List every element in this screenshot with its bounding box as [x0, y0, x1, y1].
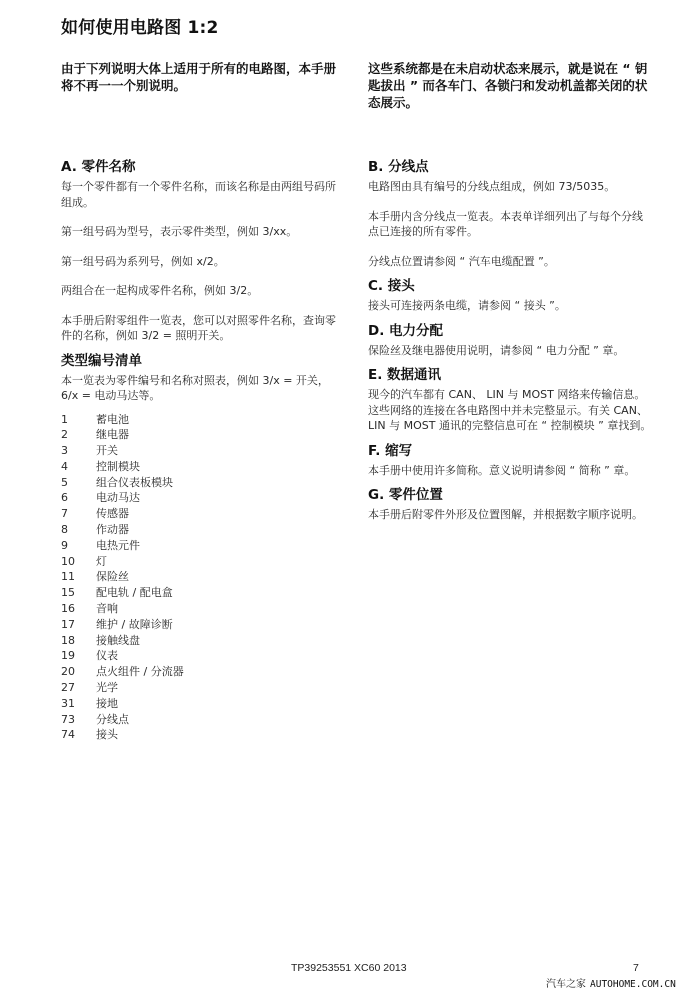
item-label: 蓄电池 [96, 412, 346, 428]
list-item: 11保险丝 [61, 569, 346, 585]
section-e-heading: E. 数据通讯 [368, 366, 653, 384]
item-label: 接触线盘 [96, 633, 346, 649]
list-item: 74接头 [61, 727, 346, 743]
paragraph: 电路图由具有编号的分线点组成，例如 73/5035。 [368, 179, 653, 195]
list-item: 16音响 [61, 601, 346, 617]
item-number: 9 [61, 538, 96, 554]
item-number: 11 [61, 569, 96, 585]
section-d: D. 电力分配 保险丝及继电器使用说明，请参阅 “ 电力分配 ” 章。 [368, 322, 653, 359]
paragraph: 第一组号码为系列号，例如 x/2。 [61, 254, 346, 270]
paragraph: 本手册后附零件外形及位置图解，并根据数字顺序说明。 [368, 507, 653, 523]
list-item: 7传感器 [61, 506, 346, 522]
item-number: 4 [61, 459, 96, 475]
list-item: 17维护 / 故障诊断 [61, 617, 346, 633]
list-item: 2继电器 [61, 427, 346, 443]
type-list-section: 类型编号清单 本一览表为零件编号和名称对照表，例如 3/x = 开关，6/x =… [61, 352, 346, 744]
list-item: 4控制模块 [61, 459, 346, 475]
right-column: B. 分线点 电路图由具有编号的分线点组成，例如 73/5035。 本手册内含分… [368, 158, 653, 531]
list-item: 27光学 [61, 680, 346, 696]
item-label: 开关 [96, 443, 346, 459]
watermark-en: AUTOHOME.COM.CN [590, 979, 676, 990]
item-number: 31 [61, 696, 96, 712]
item-label: 点火组件 / 分流器 [96, 664, 346, 680]
page-number: 7 [633, 962, 639, 974]
item-number: 1 [61, 412, 96, 428]
list-item: 31接地 [61, 696, 346, 712]
watermark-cn: 汽车之家 [546, 979, 586, 990]
item-label: 接地 [96, 696, 346, 712]
item-number: 5 [61, 475, 96, 491]
item-number: 19 [61, 648, 96, 664]
item-number: 16 [61, 601, 96, 617]
paragraph: 每一个零件都有一个零件名称，而该名称是由两组号码所组成。 [61, 179, 346, 210]
list-item: 3开关 [61, 443, 346, 459]
paragraph: 第一组号码为型号，表示零件类型，例如 3/xx。 [61, 224, 346, 240]
footer-doc-id: TP39253551 XC60 2013 [291, 962, 407, 974]
list-item: 10灯 [61, 554, 346, 570]
item-label: 电热元件 [96, 538, 346, 554]
section-b: B. 分线点 电路图由具有编号的分线点组成，例如 73/5035。 本手册内含分… [368, 158, 653, 269]
item-number: 8 [61, 522, 96, 538]
list-item: 18接触线盘 [61, 633, 346, 649]
intro-left: 由于下列说明大体上适用于所有的电路图，本手册将不再一一个别说明。 [61, 60, 346, 94]
item-label: 电动马达 [96, 490, 346, 506]
section-g-heading: G. 零件位置 [368, 486, 653, 504]
item-number: 15 [61, 585, 96, 601]
left-column: A. 零件名称 每一个零件都有一个零件名称，而该名称是由两组号码所组成。 第一组… [61, 158, 346, 743]
paragraph: 现今的汽车都有 CAN、 LIN 与 MOST 网络来传输信息。这些网络的连接在… [368, 387, 653, 434]
item-label: 组合仪表板模块 [96, 475, 346, 491]
paragraph: 本手册内含分线点一览表。本表单详细列出了与每个分线点已连接的所有零件。 [368, 209, 653, 240]
list-item: 20点火组件 / 分流器 [61, 664, 346, 680]
section-c: C. 接头 接头可连接两条电缆，请参阅 “ 接头 ”。 [368, 277, 653, 314]
item-number: 3 [61, 443, 96, 459]
section-a: A. 零件名称 每一个零件都有一个零件名称，而该名称是由两组号码所组成。 第一组… [61, 158, 346, 344]
item-number: 27 [61, 680, 96, 696]
watermark: 汽车之家AUTOHOME.COM.CN [546, 975, 676, 990]
item-label: 作动器 [96, 522, 346, 538]
list-item: 9电热元件 [61, 538, 346, 554]
page-title: 如何使用电路图 1:2 [61, 13, 219, 38]
item-number: 20 [61, 664, 96, 680]
item-label: 接头 [96, 727, 346, 743]
paragraph: 两组合在一起构成零件名称，例如 3/2。 [61, 283, 346, 299]
section-d-heading: D. 电力分配 [368, 322, 653, 340]
item-label: 仪表 [96, 648, 346, 664]
section-b-heading: B. 分线点 [368, 158, 653, 176]
list-item: 19仪表 [61, 648, 346, 664]
item-number: 17 [61, 617, 96, 633]
item-label: 维护 / 故障诊断 [96, 617, 346, 633]
section-g: G. 零件位置 本手册后附零件外形及位置图解，并根据数字顺序说明。 [368, 486, 653, 523]
item-label: 配电轨 / 配电盒 [96, 585, 346, 601]
item-number: 2 [61, 427, 96, 443]
intro-right: 这些系统都是在未启动状态来展示，就是说在 “ 钥匙拔出 ” 而各车门、各锁闩和发… [368, 60, 653, 111]
type-list: 1蓄电池 2继电器 3开关 4控制模块 5组合仪表板模块 6电动马达 7传感器 … [61, 412, 346, 744]
item-label: 传感器 [96, 506, 346, 522]
paragraph: 分线点位置请参阅 “ 汽车电缆配置 ”。 [368, 254, 653, 270]
type-list-description: 本一览表为零件编号和名称对照表，例如 3/x = 开关，6/x = 电动马达等。 [61, 373, 346, 404]
item-number: 6 [61, 490, 96, 506]
paragraph: 本手册后附零组件一览表，您可以对照零件名称，查询零件的名称，例如 3/2 = 照… [61, 313, 346, 344]
item-label: 灯 [96, 554, 346, 570]
paragraph: 接头可连接两条电缆，请参阅 “ 接头 ”。 [368, 298, 653, 314]
item-label: 分线点 [96, 712, 346, 728]
list-item: 15配电轨 / 配电盒 [61, 585, 346, 601]
item-number: 18 [61, 633, 96, 649]
item-label: 继电器 [96, 427, 346, 443]
section-f-heading: F. 缩写 [368, 442, 653, 460]
list-item: 73分线点 [61, 712, 346, 728]
section-a-heading: A. 零件名称 [61, 158, 346, 176]
item-number: 7 [61, 506, 96, 522]
item-label: 控制模块 [96, 459, 346, 475]
item-label: 光学 [96, 680, 346, 696]
item-label: 音响 [96, 601, 346, 617]
item-label: 保险丝 [96, 569, 346, 585]
section-c-heading: C. 接头 [368, 277, 653, 295]
item-number: 74 [61, 727, 96, 743]
type-list-heading: 类型编号清单 [61, 352, 346, 370]
list-item: 1蓄电池 [61, 412, 346, 428]
item-number: 73 [61, 712, 96, 728]
list-item: 8作动器 [61, 522, 346, 538]
list-item: 6电动马达 [61, 490, 346, 506]
section-f: F. 缩写 本手册中使用许多简称。意义说明请参阅 “ 简称 ” 章。 [368, 442, 653, 479]
item-number: 10 [61, 554, 96, 570]
section-e: E. 数据通讯 现今的汽车都有 CAN、 LIN 与 MOST 网络来传输信息。… [368, 366, 653, 434]
list-item: 5组合仪表板模块 [61, 475, 346, 491]
paragraph: 保险丝及继电器使用说明，请参阅 “ 电力分配 ” 章。 [368, 343, 653, 359]
paragraph: 本手册中使用许多简称。意义说明请参阅 “ 简称 ” 章。 [368, 463, 653, 479]
